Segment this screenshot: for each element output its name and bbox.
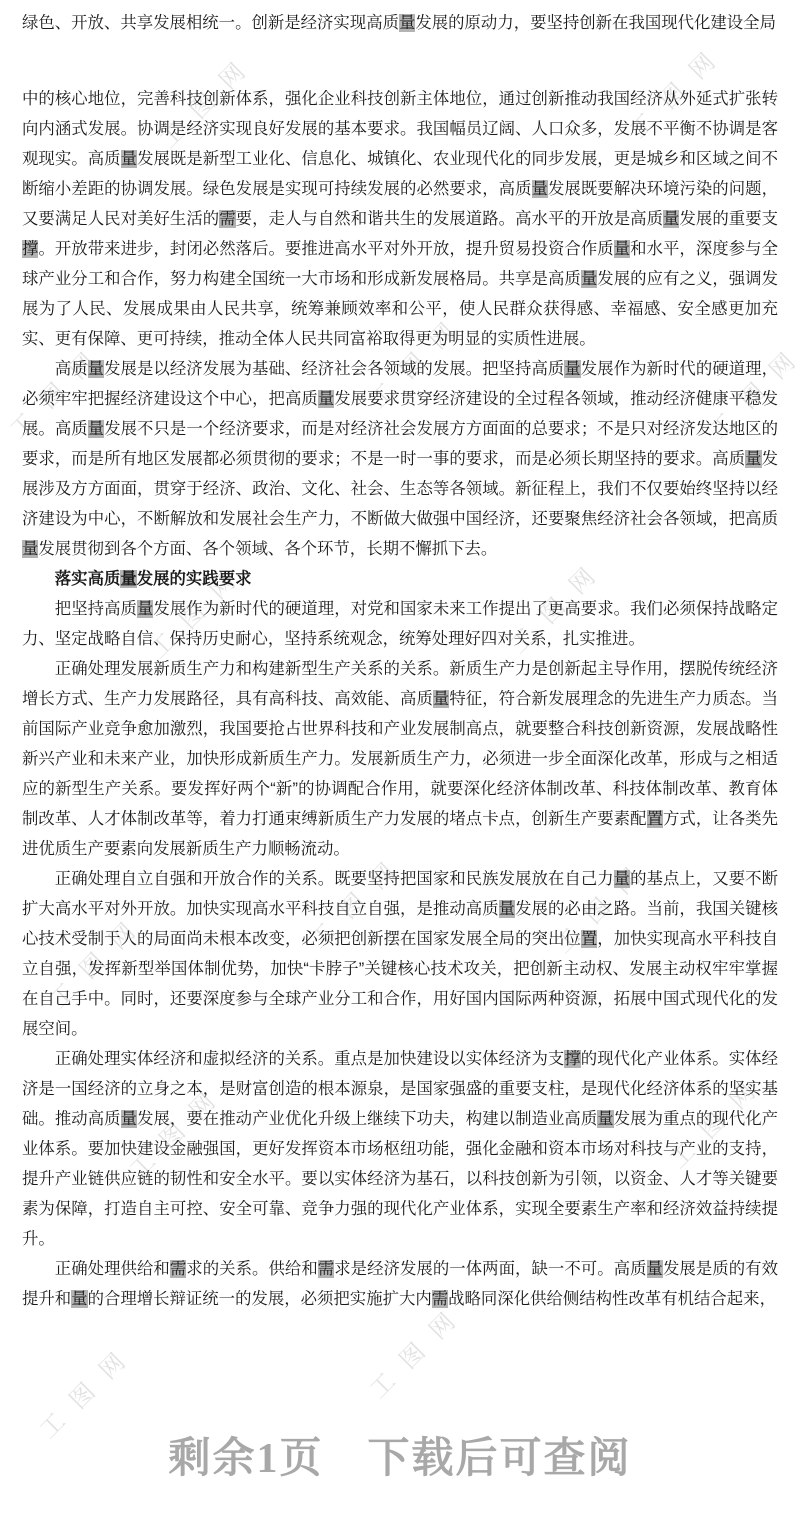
paragraph: 中的核心地位，完善科技创新体系，强化企业科技创新主体地位，通过创新推动我国经济从… [22,84,778,354]
paragraph-container: 中的核心地位，完善科技创新体系，强化企业科技创新主体地位，通过创新推动我国经济从… [22,84,778,1314]
highlighted-char: 需 [432,1290,448,1308]
highlighted-char: 量 [121,1110,137,1128]
download-hint-label: 下载后可查阅 [368,1436,632,1482]
highlighted-char: 量 [581,270,597,288]
highlighted-char: 量 [614,870,630,888]
highlighted-char: 量 [120,570,136,588]
paragraph: 正确处理供给和需求的关系。供给和需求是经济发展的一体两面，缺一不可。高质量发展是… [22,1254,778,1314]
highlighted-char: 量 [88,360,104,378]
highlighted-char: 量 [499,900,515,918]
paragraph: 正确处理发展新质生产力和构建新型生产关系的关系。新质生产力是创新起主导作用，摆脱… [22,654,778,864]
highlighted-char: 量 [597,1110,613,1128]
document-page: 工图网工图网工图网工图网工图网工图网工图网工图网工图网工图网工图网工图网工图网工… [0,0,800,1540]
highlighted-char: 量 [647,1260,663,1278]
remaining-pages-label: 剩余1页 [168,1436,323,1482]
paragraph: 把坚持高质量发展作为新时代的硬道理，对党和国家未来工作提出了更高要求。我们必须保… [22,594,778,654]
highlighted-char: 量 [71,1290,87,1308]
paragraph-fragment: 绿色、开放、共享发展相统一。创新是经济实现高质量发展的原动力，要坚持创新在我国现… [22,8,778,38]
highlighted-char: 置 [581,930,597,948]
preview-footer: 剩余1页下载后可查阅 [0,1436,800,1482]
highlighted-char: 量 [745,450,761,468]
highlighted-char: 量 [433,690,449,708]
highlighted-char: 需 [318,1260,334,1278]
highlighted-char: 量 [399,14,415,32]
watermark-text: 工图网 [30,1331,144,1445]
highlighted-char: 量 [532,180,548,198]
highlighted-char: 量 [663,210,679,228]
highlighted-char: 量 [318,390,334,408]
highlighted-char: 量 [614,240,630,258]
highlighted-char: 置 [647,810,663,828]
paragraph: 高质量发展是以经济发展为基础、经济社会各领域的发展。把坚持高质量发展作为新时代的… [22,354,778,564]
section-heading: 落实高质量发展的实践要求 [22,564,778,594]
highlighted-char: 量 [88,420,104,438]
highlighted-char: 需 [170,1260,186,1278]
highlighted-char: 量 [564,360,580,378]
highlighted-char: 量 [121,150,137,168]
highlighted-char: 量 [22,540,38,558]
highlighted-char: 撑 [564,1050,580,1068]
document-content: 绿色、开放、共享发展相统一。创新是经济实现高质量发展的原动力，要坚持创新在我国现… [0,0,800,1314]
highlighted-char: 需 [219,210,235,228]
highlighted-char: 量 [137,600,153,618]
paragraph: 正确处理自立自强和开放合作的关系。既要坚持把国家和民族发展放在自己力量的基点上，… [22,864,778,1044]
highlighted-char: 撑 [22,240,38,258]
paragraph: 正确处理实体经济和虚拟经济的关系。重点是加快建设以实体经济为支撑的现代化产业体系… [22,1044,778,1254]
